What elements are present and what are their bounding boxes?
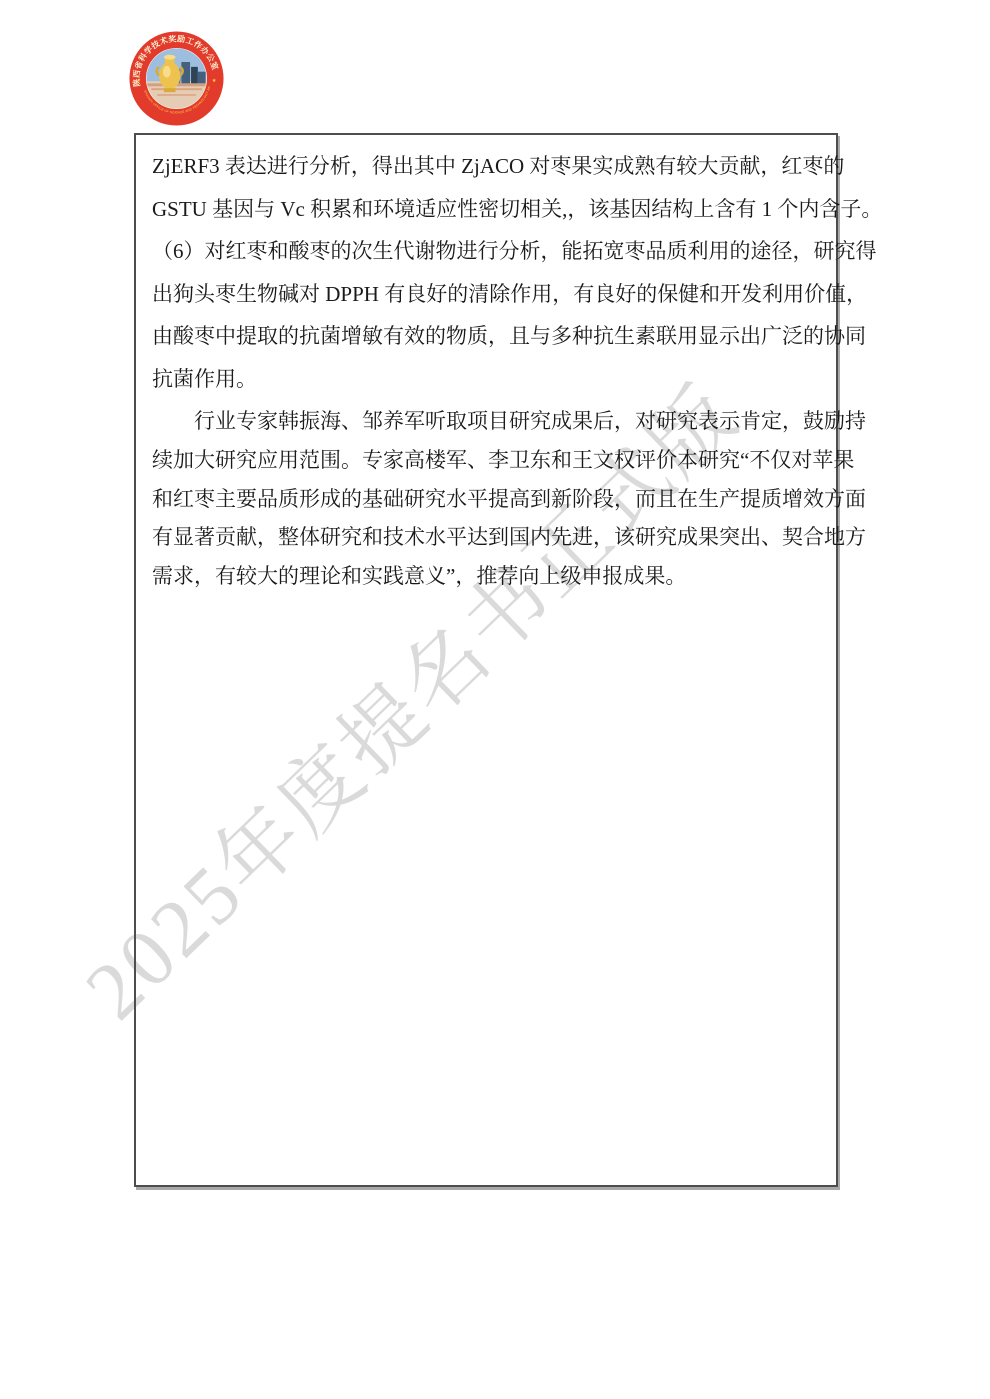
seal-star-left-icon: ★ xyxy=(136,78,141,84)
text-line: 由酸枣中提取的抗菌增敏有效的物质，且与多种抗生素联用显示出广泛的协同 xyxy=(152,315,821,358)
text-line: 抗菌作用。 xyxy=(152,358,821,401)
text-line: 出狗头枣生物碱对 DPPH 有良好的清除作用，有良好的保健和开发利用价值， xyxy=(152,273,821,316)
text-line: 行业专家韩振海、邹养军听取项目研究成果后，对研究表示肯定，鼓励持 xyxy=(152,402,821,441)
seal-star-right-icon: ★ xyxy=(212,78,217,84)
text-line: （6）对红枣和酸枣的次生代谢物进行分析，能拓宽枣品质利用的途径，研究得 xyxy=(152,230,821,273)
paragraph-research-findings: ZjERF3 表达进行分析，得出其中 ZjACO 对枣果实成熟有较大贡献，红枣的… xyxy=(152,145,821,400)
text-line: ZjERF3 表达进行分析，得出其中 ZjACO 对枣果实成熟有较大贡献，红枣的 xyxy=(152,145,821,188)
paragraph-expert-comments: 行业专家韩振海、邹养军听取项目研究成果后，对研究表示肯定，鼓励持续加大研究应用范… xyxy=(152,402,821,596)
text-line: 和红枣主要品质形成的基础研究水平提高到新阶段，而且在生产提质增效方面 xyxy=(152,480,821,519)
text-line: 需求，有较大的理论和实践意义”，推荐向上级申报成果。 xyxy=(152,557,821,596)
seal-inner-picture xyxy=(146,48,206,108)
text-line: GSTU 基因与 Vc 积累和环境适应性密切相关,，该基因结构上含有 1 个内含… xyxy=(152,188,821,231)
document-page: 陕西省科学技术奖励工作办公室 SHAANXI OFFICE OF SCIENCE… xyxy=(0,0,990,1399)
text-line: 续加大研究应用范围。专家高楼军、李卫东和王文权评价本研究“不仅对苹果 xyxy=(152,441,821,480)
seal-graphic: 陕西省科学技术奖励工作办公室 SHAANXI OFFICE OF SCIENCE… xyxy=(128,30,225,127)
text-line: 有显著贡献，整体研究和技术水平达到国内先进，该研究成果突出、契合地方 xyxy=(152,518,821,557)
org-seal-logo: 陕西省科学技术奖励工作办公室 SHAANXI OFFICE OF SCIENCE… xyxy=(128,30,225,127)
content-border-box: ZjERF3 表达进行分析，得出其中 ZjACO 对枣果实成熟有较大贡献，红枣的… xyxy=(134,133,838,1187)
